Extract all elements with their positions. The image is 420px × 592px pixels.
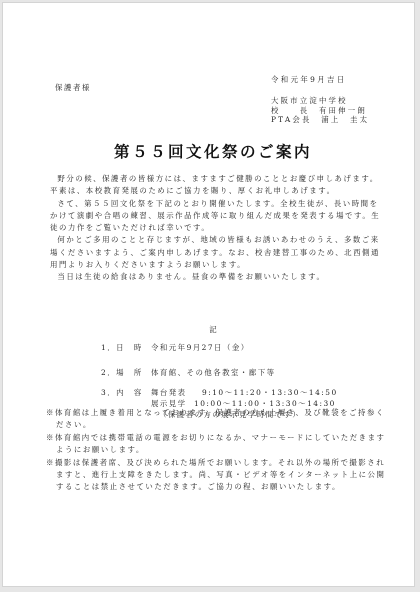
page-title: 第５５回文化祭のご案内 [3,140,420,162]
paragraph: さて、第５５回文化祭を下記のとおり開催いたします。全校生徒が、長い時間をかけて演… [50,198,386,235]
paragraph: 野分の候、保護者の皆様方には、ますますご健勝のこととお慶び申しあげます。平素は、… [50,173,386,198]
document-page: 保護者様 令和元年9月吉日 大阪市立淀中学校 校 長 有田伸一朗 PTA会長 浦… [2,2,415,587]
note-item: ※体育館は上履き着用となっております。保護者の方も上履き、及び靴袋をご持参くださ… [46,407,391,432]
date-label: 1．日 時 [101,342,143,353]
pta-name: PTA会長 浦上 圭太 [271,115,369,125]
place-value: 体育館、その他各教室・廊下等 [151,367,275,378]
paragraph: 当日は生徒の給食はありません。昼食の準備をお願いいたします。 [50,271,386,283]
stage-label: 舞台発表 [151,387,187,398]
sender-block: 大阪市立淀中学校 校 長 有田伸一朗 PTA会長 浦上 圭太 [271,96,369,125]
recipient: 保護者様 [55,83,91,93]
notes-list: ※体育館は上履き着用となっております。保護者の方も上履き、及び靴袋をご持参くださ… [46,407,391,494]
principal-name: 校 長 有田伸一朗 [271,106,369,116]
paragraph: 何かとご多用のことと存じますが、地域の皆様もお誘いあわせのうえ、多数ご来場くださ… [50,234,386,271]
note-item: ※体育館内では携帯電話の電源をお切りになるか、マナーモードにしていただきますよう… [46,432,391,457]
place-label: 2．場 所 [101,367,143,378]
ki-heading: 記 [3,324,420,335]
note-item: ※撮影は保護者席、及び決められた場所でお願いします。それ以外の場所で撮影されます… [46,457,391,494]
content-label: 3．内 容 [101,387,143,398]
stage-time: 9:10～11:20・13:30～14:50 [202,387,338,398]
school-name: 大阪市立淀中学校 [271,96,369,106]
body-text: 野分の候、保護者の皆様方には、ますますご健勝のこととお慶び申しあげます。平素は、… [50,173,386,284]
issue-date: 令和元年9月吉日 [271,75,347,85]
date-value: 令和元年9月27日（金） [151,342,250,353]
